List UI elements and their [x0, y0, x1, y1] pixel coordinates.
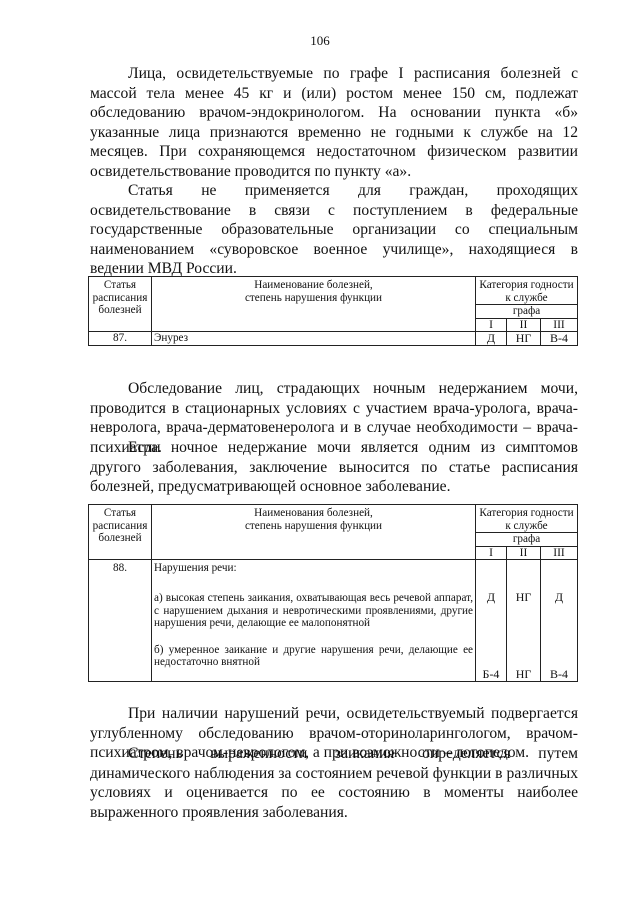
row-article: 88.	[89, 560, 152, 681]
item-a-value-col-2: НГ	[509, 560, 538, 604]
paragraph-enuresis-symptom: Если ночное недержание мочи является одн…	[90, 438, 578, 497]
header-article: Статья расписания болезней	[89, 277, 152, 332]
header-col-2: II	[507, 546, 541, 560]
header-col-2: II	[507, 318, 541, 332]
row-value-col-2: НГ	[507, 332, 541, 346]
header-article: Статья расписания болезней	[89, 505, 152, 560]
header-disease-name: Наименование болезней, степень нарушения…	[152, 277, 476, 332]
table-header-row: Статья расписания болезней Наименования …	[89, 505, 578, 533]
item-b-value-col-1: Б-4	[478, 668, 504, 681]
header-name-line1: Наименование болезней,	[154, 279, 473, 292]
paragraph-stutter-severity: Степень выраженности заикания определяет…	[90, 744, 578, 822]
item-a-value-col-3: Д	[543, 560, 575, 604]
paragraph-suvorov-exception: Статья не применяется для граждан, прохо…	[90, 181, 578, 279]
paragraph-body-weight: Лица, освидетельствуемые по графе I расп…	[90, 64, 578, 182]
row-item-b: б) умеренное заикание и другие нарушения…	[154, 644, 473, 669]
row-value-col-3: В-4	[541, 332, 578, 346]
header-grafa: графа	[476, 533, 578, 547]
header-grafa: графа	[476, 305, 578, 319]
row-article: 87.	[89, 332, 152, 346]
row-title: Нарушения речи:	[154, 562, 473, 575]
header-name-line1: Наименования болезней,	[154, 507, 473, 520]
item-b-value-col-3: В-4	[543, 668, 575, 681]
row-value-col-1: Д	[476, 332, 507, 346]
table-row: 87. Энурез Д НГ В-4	[89, 332, 578, 346]
header-disease-name: Наименования болезней, степень нарушения…	[152, 505, 476, 560]
header-col-1: I	[476, 318, 507, 332]
disease-schedule-table-87: Статья расписания болезней Наименование …	[88, 276, 578, 346]
row-item-a: а) высокая степень заикания, охватывающа…	[154, 592, 473, 630]
row-values-col-3: Д В-4	[541, 560, 578, 681]
table-header-row: Статья расписания болезней Наименование …	[89, 277, 578, 305]
header-name-line2: степень нарушения функции	[154, 292, 473, 305]
header-name-line2: степень нарушения функции	[154, 520, 473, 533]
header-category: Категория годности к службе	[476, 505, 578, 533]
header-col-3: III	[541, 546, 578, 560]
item-b-value-col-2: НГ	[509, 668, 538, 681]
item-a-value-col-1: Д	[478, 560, 504, 604]
header-col-1: I	[476, 546, 507, 560]
header-category: Категория годности к службе	[476, 277, 578, 305]
page-number: 106	[0, 33, 640, 49]
row-disease-description: Нарушения речи: а) высокая степень заика…	[152, 560, 476, 681]
disease-schedule-table-88: Статья расписания болезней Наименования …	[88, 504, 578, 682]
row-disease-name: Энурез	[152, 332, 476, 346]
header-col-3: III	[541, 318, 578, 332]
row-values-col-1: Д Б-4	[476, 560, 507, 681]
row-values-col-2: НГ НГ	[507, 560, 541, 681]
table-row: 88. Нарушения речи: а) высокая степень з…	[89, 560, 578, 681]
